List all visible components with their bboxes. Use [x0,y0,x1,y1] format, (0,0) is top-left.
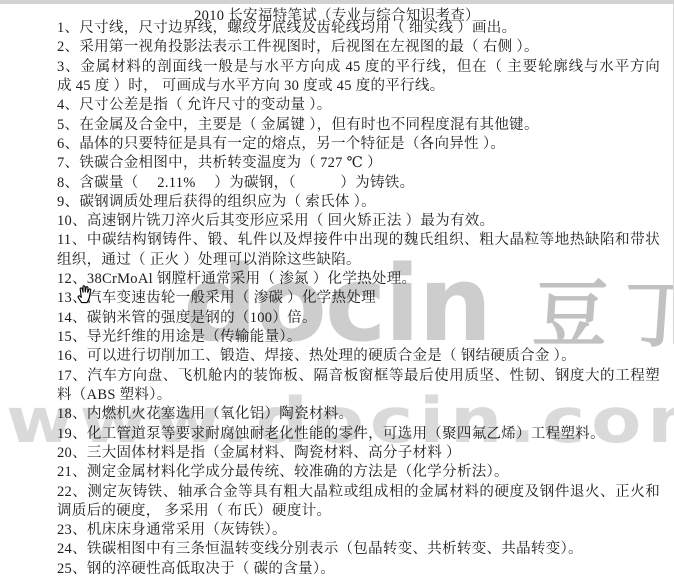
top-border-bar [0,0,674,4]
text-line: 4、尺寸公差是指（ 允许尺寸的变动量 ）。 [57,96,660,115]
text-line: 2、采用第一视角投影法表示工件视图时，后视图在左视图的最（ 右侧 ）。 [57,38,660,57]
text-line: 19、化工管道泵等要求耐腐蚀耐老化性能的零件，可选用（聚四氟乙烯）工程塑料。 [57,425,660,444]
open-hand-cursor-icon[interactable] [73,284,95,309]
text-line: 16、可以进行切削加工、锻造、焊接、热处理的硬质合金是（ 钢结硬质合金 ）。 [57,347,660,366]
text-line: 1、尺寸线，尺寸边界线，螺纹牙底线及齿轮线均用（ 细实线 ）画出。 [57,19,660,38]
text-line: 成 45 度 ）时， 可画成与水平方向 30 度或 45 度的平行线。 [57,77,660,96]
text-line: 8、含碳量（ 2.11% ）为碳钢，（ ）为铸铁。 [57,174,660,193]
text-line: 13、汽车变速齿轮一般采用（ 渗碳 ）化学热处理 [57,289,660,308]
text-line: 7、铁碳合金相图中，共析转变温度为（ 727 ℃ ） [57,154,660,173]
document-body: 1、尺寸线，尺寸边界线，螺纹牙底线及齿轮线均用（ 细实线 ）画出。2、采用第一视… [57,19,660,579]
text-line: 组织，通过（ 正火 ）处理可以消除这些缺陷。 [57,251,660,270]
text-line: 11、中碳结构钢铸件、锻、轧件以及焊接件中出现的魏氏组织、粗大晶粒等地热缺陷和带… [57,231,660,250]
text-line: 14、碳钠米管的强度是钢的（100）倍。 [57,309,660,328]
text-line: 22、测定灰铸铁、轴承合金等具有粗大晶粒或组成相的金属材料的硬度及钢件退火、正火… [57,483,660,502]
text-line: 25、钢的淬硬性高低取决于（ 碳的含量）。 [57,560,660,579]
text-line: 3、金属材料的剖面线一般是与水平方向成 45 度的平行线，但在（ 主要轮廓线与水… [57,58,660,77]
text-line: 10、高速钢片铣刀淬火后其变形应采用（ 回火矫正法 ）最为有效。 [57,212,660,231]
text-line: 17、汽车方向盘、飞机舱内的装饰板、隔音板窗框等最后使用质坚、性韧、钢度大的工程… [57,367,660,386]
text-line: 24、铁碳相图中有三条恒温转变线分别表示（包晶转变、共析转变、共晶转变）。 [57,540,660,559]
text-line: 调质后的硬度， 多采用（ 布氏）硬度计。 [57,502,660,521]
text-line: 料（ABS 塑料）。 [57,386,660,405]
text-line: 6、晶体的只要特征是具有一定的熔点，另一个特征是（各向异性 ）。 [57,135,660,154]
text-line: 18、内燃机火花塞选用（氧化铝）陶瓷材料。 [57,405,660,424]
text-line: 9、碳钢调质处理后获得的组织应为（ 索氏体 ）。 [57,193,660,212]
text-line: 23、机床床身通常采用（灰铸铁）。 [57,521,660,540]
text-line: 20、三大固体材料是指（金属材料、陶瓷材料、高分子材料 ） [57,444,660,463]
text-line: 21、测定金属材料化学成分最传统、较准确的方法是（化学分析法）。 [57,463,660,482]
text-line: 5、在金属及合金中，主要是（ 金属键 ），但有时也不同程度混有其他键。 [57,116,660,135]
text-line: 12、38CrMoAl 钢膛杆通常采用（ 渗氮 ）化学热处理。 [57,270,660,289]
text-line: 15、导光纤维的用途是（传输能量）。 [57,328,660,347]
